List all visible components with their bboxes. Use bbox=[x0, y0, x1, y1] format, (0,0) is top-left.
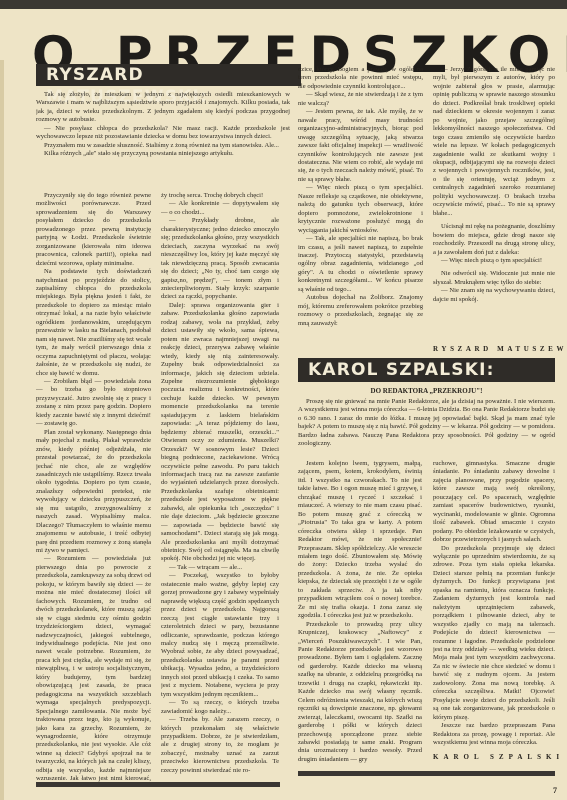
paragraph: — Przykłady drobne, ale charakterystyczn… bbox=[161, 217, 279, 302]
paragraph: Autobus dojechał na Żoliborz. Znajomy mó… bbox=[298, 294, 423, 328]
paragraph: — Poczekaj, wszystko to byłoby ostateczn… bbox=[161, 572, 279, 699]
paragraph: — Nie posyłasz chłopca do przedszkola? N… bbox=[36, 125, 290, 142]
paragraph: — To są rzeczy, o których trzeba zawiado… bbox=[161, 699, 279, 716]
paragraph: — Jestem pewna, że tak. Ale myślę, że w … bbox=[298, 108, 423, 184]
paragraph: — Jerzy Zagórski, o ile mnie pamięć nie … bbox=[433, 66, 555, 218]
paragraph: — Więc niech piszą o tym specjaliści. Na… bbox=[298, 184, 423, 235]
paragraph: Nie odwrócił się. Widocznie już mnie nie… bbox=[433, 270, 555, 287]
article1-column-2: ży trochę serca. Trochę dobrych chęci! —… bbox=[161, 192, 279, 777]
page-top-border bbox=[0, 0, 567, 9]
article2-column-left: Jestem kolejno lwem, tygrysem, małpą, za… bbox=[298, 460, 422, 780]
paragraph: Do przedszkola przyjmuje się dzieci wyłą… bbox=[433, 545, 555, 723]
article2-intro: Proszę się nie gniewać na mnie Panie Red… bbox=[298, 398, 555, 458]
article1-column-4: — Jerzy Zagórski, o ile mnie pamięć nie … bbox=[433, 66, 555, 326]
paragraph: ży trochę serca. Trochę dobrych chęci! bbox=[161, 192, 279, 200]
paragraph: Plan został wykonany. Następnego dnia ma… bbox=[36, 429, 151, 556]
paragraph: — Zrobiłam błąd — powiedziała żona — bo … bbox=[36, 378, 151, 429]
paragraph: Uścisnął mi rękę na pożegnanie, doszliśm… bbox=[433, 223, 555, 257]
letter-heading: DO REDAKTORA „PRZEKROJU"! bbox=[298, 387, 555, 395]
paragraph: Przyczyniły się do tego również pewne mo… bbox=[36, 192, 151, 268]
paragraph: ruchowe, gimnastyka. Smaczne drugie śnia… bbox=[433, 460, 555, 545]
paragraph: Jestem kolejno lwem, tygrysem, małpą, za… bbox=[298, 460, 422, 621]
article1-intro: Tak się złożyło, że mieszkam w jednym z … bbox=[36, 91, 290, 191]
paragraph: — Tak, ale specjaliści nie napiszą, bo b… bbox=[298, 235, 423, 294]
article1-column-3: dzice, którzy, Bogiem a prawdą, w ogóle … bbox=[298, 66, 423, 351]
paragraph: — Nie znam się na wychowywaniu dzieci, d… bbox=[433, 287, 555, 304]
author-banner-szpalski: KAROL SZPALSKI: bbox=[298, 358, 555, 382]
signature-matuszewski: RYSZARD MATUSZEWSKI bbox=[433, 345, 567, 353]
paragraph: — Skąd wiesz, że nie stwierdzają i że z … bbox=[298, 91, 423, 108]
paragraph: — Rozumiem — powiedziała już pierwszego … bbox=[36, 555, 151, 782]
paragraph: — Tak — wtrącam — ale... bbox=[161, 564, 279, 572]
article2-column-right: ruchowe, gimnastyka. Smaczne drugie śnia… bbox=[433, 460, 555, 750]
author-banner-matuszewski: RYSZARD MATUSZEWSKI: bbox=[36, 64, 301, 86]
paragraph: — Więc niech piszą o tym specjaliści! bbox=[433, 257, 555, 265]
paragraph: Przedszkole to prowadzą przy ulicy Krupn… bbox=[298, 621, 422, 765]
paragraph: Jeszcze raz bardzo przepraszam Pana Reda… bbox=[433, 722, 555, 747]
paragraph: dzice, którzy, Bogiem a prawdą, w ogóle … bbox=[298, 66, 423, 91]
paragraph: — Trzeba by. Ale zarazem rzeczy, o który… bbox=[161, 716, 279, 775]
signature-szpalski: KAROL SZPALSKI bbox=[433, 753, 564, 761]
paragraph: Na podstawie tych doświadczeń natychmias… bbox=[36, 268, 151, 378]
paragraph: Tak się złożyło, że mieszkam w jednym z … bbox=[36, 91, 290, 125]
paragraph: — Ale konkretnie — dopytywałem się — o c… bbox=[161, 200, 279, 217]
bottom-rule bbox=[298, 771, 555, 776]
paragraph: Przyznałem mu w zasadzie słuszność. Stal… bbox=[36, 142, 290, 150]
paragraph: Proszę się nie gniewać na mnie Panie Red… bbox=[298, 398, 555, 449]
article1-column-1: Przyczyniły się do tego również pewne mo… bbox=[36, 192, 151, 782]
paragraph: Dalej: sprawa organizowania gier i zabaw… bbox=[161, 302, 279, 564]
page-gutter bbox=[0, 60, 4, 800]
column-divider-rule bbox=[36, 782, 280, 787]
page-number: 7 bbox=[553, 786, 557, 795]
paragraph: Kilka różnych „ale" stało się przyczyną … bbox=[36, 150, 290, 158]
